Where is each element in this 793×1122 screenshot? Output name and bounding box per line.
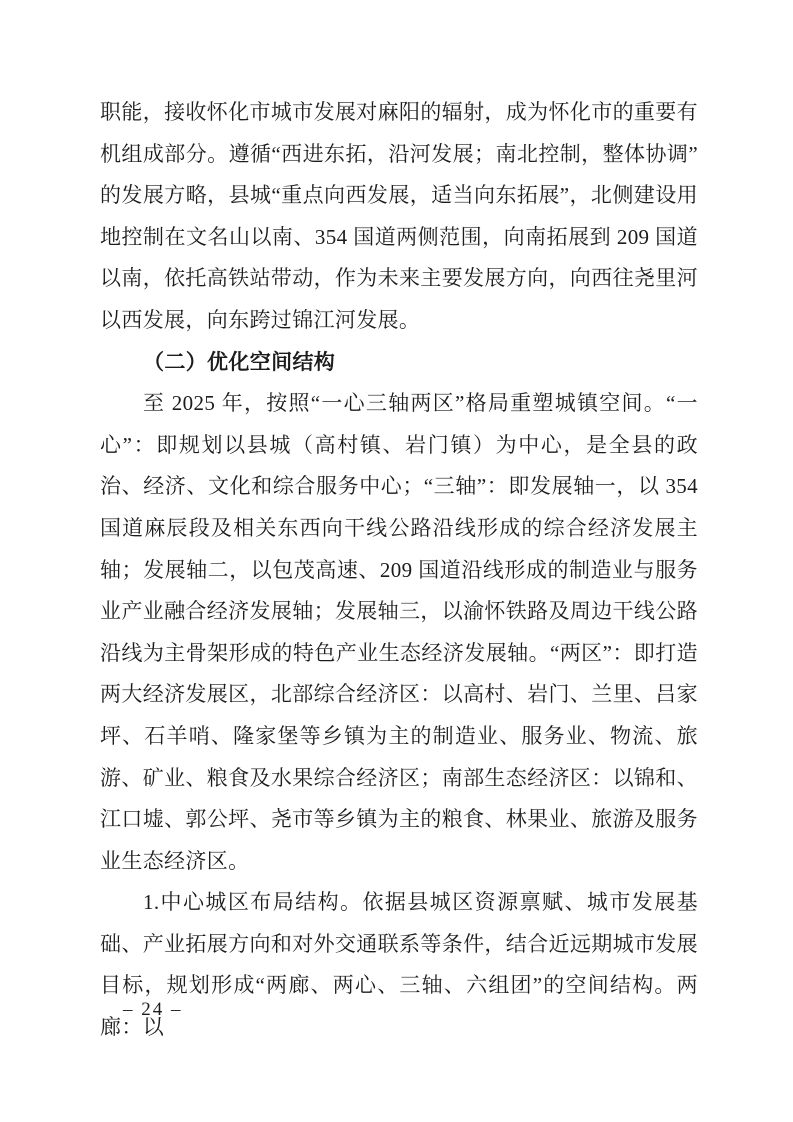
paragraph-one-center-three-axes-two-zones: 至 2025 年，按照“一心三轴两区”格局重塑城镇空间。“一心”：即规划以县城（…	[100, 383, 698, 882]
paragraph-central-district-layout: 1.中心城区布局结构。依据县城区资源禀赋、城市发展基础、产业拓展方向和对外交通联…	[100, 882, 698, 1048]
paragraph-urban-expansion: 职能，接收怀化市城市发展对麻阳的辐射，成为怀化市的重要有机组成部分。遵循“西进东…	[100, 92, 698, 342]
document-text-block: 职能，接收怀化市城市发展对麻阳的辐射，成为怀化市的重要有机组成部分。遵循“西进东…	[100, 92, 698, 1049]
document-page: 职能，接收怀化市城市发展对麻阳的辐射，成为怀化市的重要有机组成部分。遵循“西进东…	[0, 0, 793, 1122]
section-heading-optimize-spatial-structure: （二）优化空间结构	[100, 342, 698, 384]
page-number: – 24 –	[123, 999, 183, 1021]
